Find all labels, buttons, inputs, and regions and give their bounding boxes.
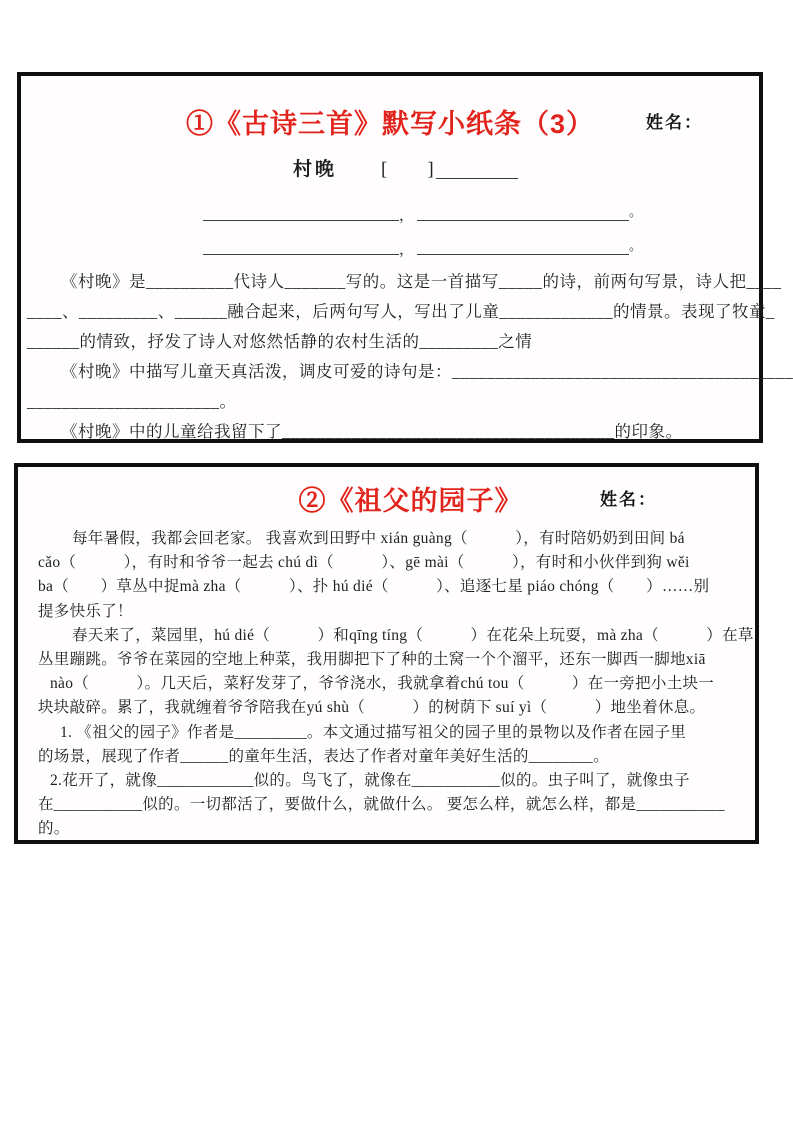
question-line: 的。 [38, 817, 741, 841]
section2-title: ②《祖父的园子》 [299, 479, 523, 518]
pinyin-fill-line: 春天来了，菜园里，hú dié（ ）和qīng tíng（ ）在花朵上玩耍，mà… [38, 624, 741, 648]
comma-punct: ， [399, 245, 414, 255]
period-punct: 。 [629, 241, 642, 251]
author-bracket-close: ] [427, 159, 433, 181]
section-zufu-box: ②《祖父的园子》 姓名： 每年暑假，我都会回老家。 我喜欢到田野中 xián g… [14, 463, 759, 844]
pinyin-fill-line: 每年暑假，我都会回老家。 我喜欢到田野中 xián guàng（ ），有时陪奶奶… [38, 527, 741, 551]
section2-title-row: ②《祖父的园子》 姓名： [38, 467, 743, 518]
fill-blank-line: 《村晚》中的儿童给我留下了___________________________… [27, 417, 751, 447]
fill-blank-line: 《村晚》是__________代诗人_______写的。这是一首描写_____的… [27, 267, 751, 297]
question-line: 在___________似的。一切都活了，要做什么，就做什么。 要怎么样，就怎么… [38, 793, 741, 817]
section1-name-label: 姓名： [646, 108, 703, 133]
answer-rule [417, 218, 629, 221]
section1-title: ①《古诗三首》默写小纸条（3） [186, 102, 594, 141]
answer-rule [203, 218, 399, 221]
answer-rule [203, 252, 399, 255]
pinyin-fill-line: 提多快乐了！ [38, 600, 741, 624]
pinyin-fill-line: ba（ ）草丛中捉mà zha（ ）、扑 hú dié（ ）、追逐七星 piáo… [38, 575, 741, 599]
section-gushi-box: ①《古诗三首》默写小纸条（3） 姓名： 村晚 [ ] ， 。 ， 。 《村晚》是… [17, 72, 763, 443]
question-line: 2.花开了，就像____________似的。鸟飞了，就像在__________… [38, 769, 741, 793]
poem-answer-line-2: ， 。 [203, 239, 753, 255]
pinyin-fill-line: cǎo（ ），有时和爷爷一起去 chú dì（ ）、gē mài（ ），有时和小… [38, 551, 741, 575]
question-line: 1. 《祖父的园子》作者是_________。本文通过描写祖父的园子里的景物以及… [38, 721, 741, 745]
fill-blank-line: ______________________。 [27, 387, 751, 417]
fill-blank-line: ____、_________、______融合起来，后两句写人，写出了儿童___… [27, 297, 751, 327]
fill-blank-line: 《村晚》中描写儿童天真活泼，调皮可爱的诗句是：_________________… [27, 357, 751, 387]
comma-punct: ， [399, 211, 414, 221]
answer-rule [417, 252, 629, 255]
poem-header: 村晚 [ ] [293, 157, 753, 181]
period-punct: 。 [629, 207, 642, 217]
section2-body: 每年暑假，我都会回老家。 我喜欢到田野中 xián guàng（ ），有时陪奶奶… [38, 527, 743, 842]
poem-title: 村晚 [293, 154, 337, 181]
author-bracket-open: [ [381, 159, 387, 181]
section2-name-label: 姓名： [600, 485, 657, 510]
section1-body: 《村晚》是__________代诗人_______写的。这是一首描写_____的… [27, 267, 753, 447]
section1-title-row: ①《古诗三首》默写小纸条（3） 姓名： [27, 76, 753, 141]
poem-answer-line-1: ， 。 [203, 205, 753, 221]
pinyin-fill-line: nào（ ）。几天后，菜籽发芽了，爷爷浇水，我就拿着chú tou（ ）在一旁把… [38, 672, 741, 696]
question-line: 的场景，展现了作者______的童年生活，表达了作者对童年美好生活的______… [38, 745, 741, 769]
fill-blank-line: ______的情致，抒发了诗人对悠然恬静的农村生活的_________之情 [27, 327, 751, 357]
pinyin-fill-line: 丛里蹦跳。爷爷在菜园的空地上种菜，我用脚把下了种的土窝一个个溜平，还东一脚西一脚… [38, 648, 741, 672]
pinyin-fill-line: 块块敲碎。累了，我就缠着爷爷陪我在yú shù（ ）的树荫下 suí yì（ ）… [38, 696, 741, 720]
author-blank-line [436, 176, 518, 179]
